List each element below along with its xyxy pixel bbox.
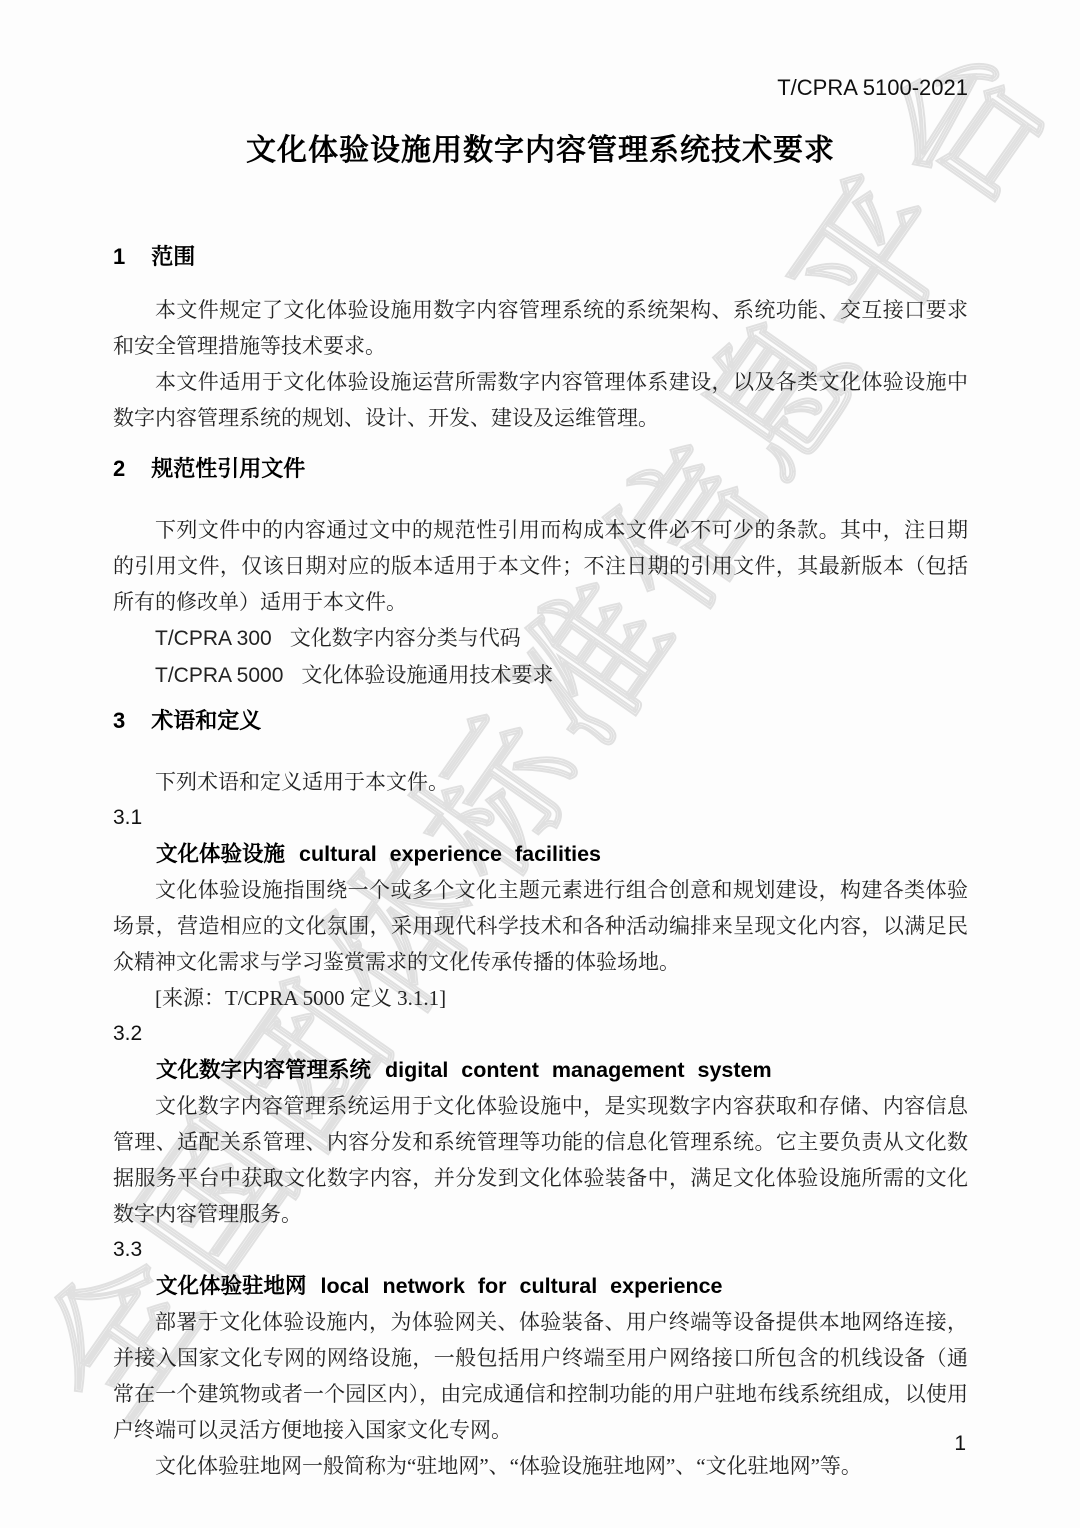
term-definition: 文化体验设施指围绕一个或多个文化主题元素进行组合创意和规划建设，构建各类体验场景… (113, 872, 968, 980)
term-number: 3.3 (113, 1232, 968, 1268)
clause-number: 3 (113, 706, 125, 736)
reference-code: T/CPRA 300 (155, 627, 272, 650)
reference-name: 文化体验设施通用技术要求 (301, 663, 553, 687)
document-page: 全国团体标准信息平台 T/CPRA 5100-2021 文化体验设施用数字内容管… (0, 0, 1080, 1528)
reference-entry: T/CPRA 300文化数字内容分类与代码 (113, 620, 968, 657)
clause-number: 1 (113, 242, 125, 272)
reference-entry: T/CPRA 5000文化体验设施通用技术要求 (113, 657, 968, 694)
standard-number: T/CPRA 5100-2021 (113, 76, 968, 100)
term-name-en: local network for cultural experience (321, 1274, 723, 1298)
clause-2-heading: 2 规范性引用文件 (113, 454, 968, 484)
term-heading: 文化数字内容管理系统digital content management sys… (113, 1052, 968, 1088)
term-definition: 文化数字内容管理系统运用于文化体验设施中，是实现数字内容获取和存储、内容信息管理… (113, 1088, 968, 1232)
clause-1-heading: 1 范围 (113, 242, 968, 272)
term-name-zh: 文化数字内容管理系统 (156, 1058, 371, 1082)
paragraph: 下列文件中的内容通过文中的规范性引用而构成本文件必不可少的条款。其中，注日期的引… (113, 512, 968, 620)
term-number: 3.1 (113, 800, 968, 836)
page-title: 文化体验设施用数字内容管理系统技术要求 (113, 130, 968, 172)
clause-title: 规范性引用文件 (151, 454, 305, 484)
term-heading: 文化体验设施cultural experience facilities (113, 836, 968, 872)
clause-title: 术语和定义 (151, 706, 261, 736)
clause-3-heading: 3 术语和定义 (113, 706, 968, 736)
term-definition: 部署于文化体验设施内，为体验网关、体验装备、用户终端等设备提供本地网络连接，并接… (113, 1304, 968, 1448)
term-number: 3.2 (113, 1016, 968, 1052)
term-name-zh: 文化体验设施 (156, 842, 285, 866)
clause-number: 2 (113, 454, 125, 484)
term-note: 文化体验驻地网一般简称为“驻地网”、“体验设施驻地网”、“文化驻地网”等。 (113, 1448, 968, 1484)
paragraph: 下列术语和定义适用于本文件。 (113, 764, 968, 800)
term-name-zh: 文化体验驻地网 (156, 1274, 307, 1298)
reference-code: T/CPRA 5000 (155, 664, 283, 687)
paragraph: 本文件适用于文化体验设施运营所需数字内容管理体系建设，以及各类文化体验设施中数字… (113, 364, 968, 436)
term-name-en: digital content management system (385, 1058, 772, 1082)
term-heading: 文化体验驻地网local network for cultural experi… (113, 1268, 968, 1304)
reference-name: 文化数字内容分类与代码 (290, 626, 521, 650)
paragraph: 本文件规定了文化体验设施用数字内容管理系统的系统架构、系统功能、交互接口要求和安… (113, 292, 968, 364)
clause-title: 范围 (151, 242, 195, 272)
term-name-en: cultural experience facilities (299, 842, 601, 866)
page-content: T/CPRA 5100-2021 文化体验设施用数字内容管理系统技术要求 1 范… (0, 0, 1080, 1484)
term-source: [来源：T/CPRA 5000 定义 3.1.1] (113, 980, 968, 1016)
page-number: 1 (954, 1432, 966, 1456)
